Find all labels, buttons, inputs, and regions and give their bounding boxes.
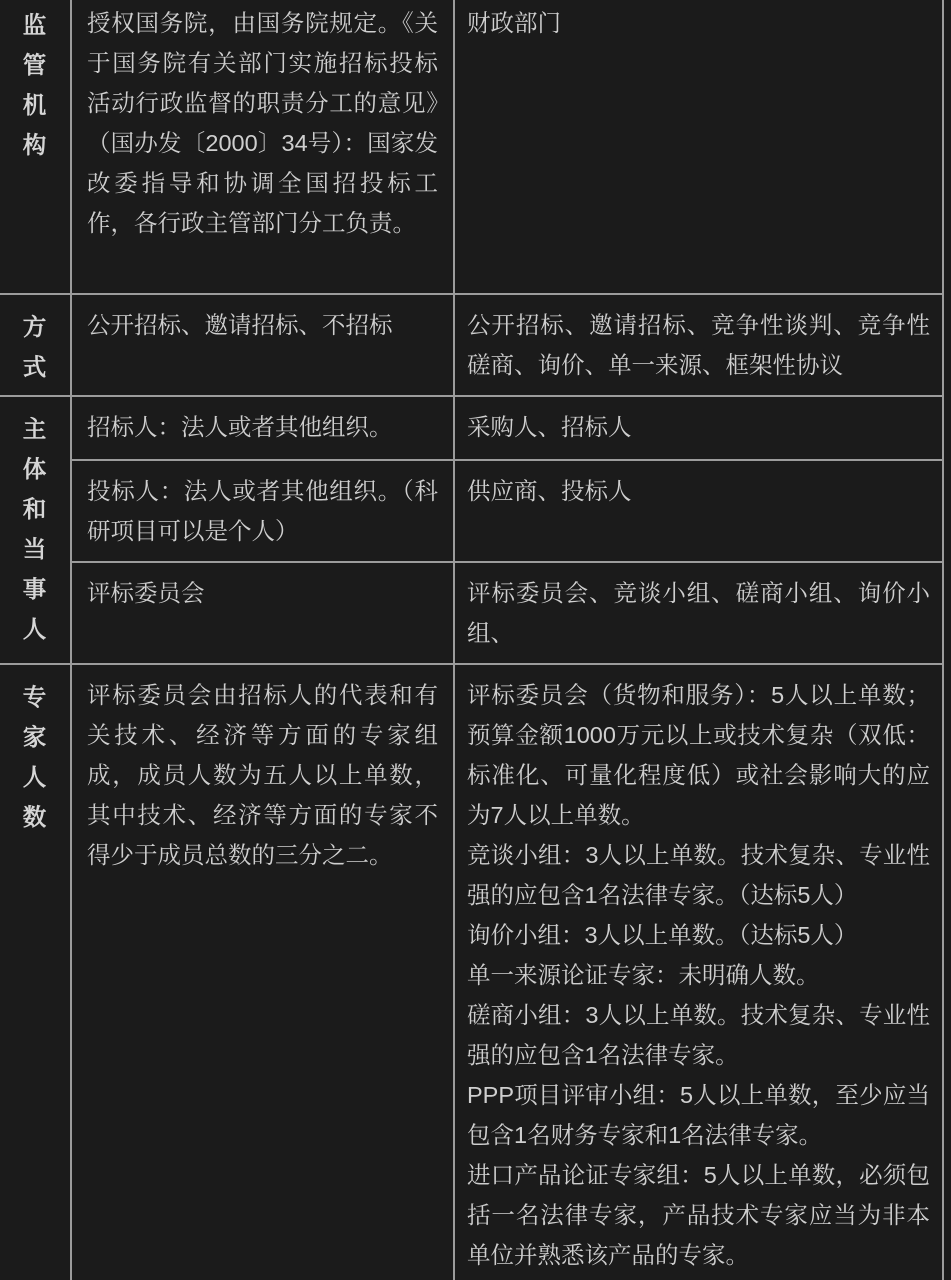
cell-bidder-bidding-law: 投标人：法人或者其他组织。（科研项目可以是个人） [71, 460, 454, 562]
table-row: 主 体 和 当 事 人 招标人：法人或者其他组织。 采购人、招标人 [0, 396, 943, 460]
table-row: 投标人：法人或者其他组织。（科研项目可以是个人） 供应商、投标人 [0, 460, 943, 562]
cell-experts-bidding-law: 评标委员会由招标人的代表和有关技术、经济等方面的专家组成，成员人数为五人以上单数… [71, 664, 454, 1280]
cell-supervision-procurement-law: 财政部门 [454, 0, 943, 294]
document-page: 监 管 机 构 授权国务院，由国务院规定。《关于国务院有关部门实施招标投标活动行… [0, 0, 951, 1280]
row-header-methods: 方 式 [0, 294, 71, 396]
row-header-parties: 主 体 和 当 事 人 [0, 396, 71, 664]
cell-evaluation-committee-bidding-law: 评标委员会 [71, 562, 454, 664]
cell-methods-procurement-law: 公开招标、邀请招标、竞争性谈判、竞争性磋商、询价、单一来源、框架性协议 [454, 294, 943, 396]
comparison-table: 监 管 机 构 授权国务院，由国务院规定。《关于国务院有关部门实施招标投标活动行… [0, 0, 944, 1280]
cell-evaluation-committee-procurement-law: 评标委员会、竞谈小组、磋商小组、询价小组、 [454, 562, 943, 664]
table-row: 方 式 公开招标、邀请招标、不招标 公开招标、邀请招标、竞争性谈判、竞争性磋商、… [0, 294, 943, 396]
table-row: 专 家 人 数 评标委员会由招标人的代表和有关技术、经济等方面的专家组成，成员人… [0, 664, 943, 1280]
table-row: 监 管 机 构 授权国务院，由国务院规定。《关于国务院有关部门实施招标投标活动行… [0, 0, 943, 294]
cell-methods-bidding-law: 公开招标、邀请招标、不招标 [71, 294, 454, 396]
cell-tenderer-bidding-law: 招标人：法人或者其他组织。 [71, 396, 454, 460]
row-header-expert-numbers: 专 家 人 数 [0, 664, 71, 1280]
cell-tenderer-procurement-law: 采购人、招标人 [454, 396, 943, 460]
table-row: 评标委员会 评标委员会、竞谈小组、磋商小组、询价小组、 [0, 562, 943, 664]
cell-experts-procurement-law: 评标委员会（货物和服务）：5人以上单数；预算金额1000万元以上或技术复杂（双低… [454, 664, 943, 1280]
cell-bidder-procurement-law: 供应商、投标人 [454, 460, 943, 562]
row-header-supervision-agency: 监 管 机 构 [0, 0, 71, 294]
cell-supervision-bidding-law: 授权国务院，由国务院规定。《关于国务院有关部门实施招标投标活动行政监督的职责分工… [71, 0, 454, 294]
